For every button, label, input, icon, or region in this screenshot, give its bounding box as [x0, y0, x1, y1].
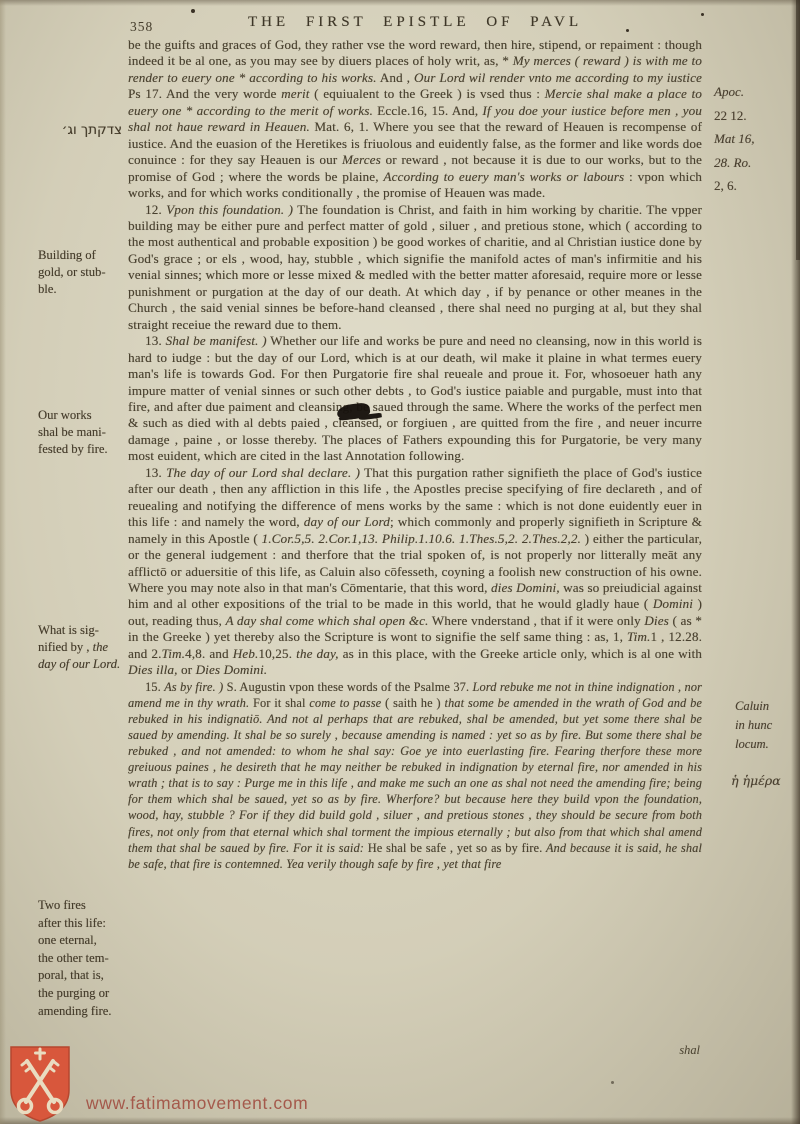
crossed-keys-shield-icon	[8, 1044, 72, 1124]
margin-note-line: after this life:	[38, 915, 132, 933]
paragraph: 15. As by fire. ) S. Augustin vpon these…	[128, 679, 702, 872]
margin-note-line: 22 12.	[714, 104, 796, 128]
margin-note-line: one eternal,	[38, 932, 132, 950]
margin-note-line: shal be mani-	[38, 424, 132, 441]
margin-note-line: nified by , the	[38, 639, 132, 656]
margin-note-line: What is sig-	[38, 622, 132, 639]
margin-note-line: ble.	[38, 281, 132, 298]
margin-note-line: the purging or	[38, 985, 132, 1003]
scan-speck	[626, 29, 629, 32]
margin-note-hebrew: צדקתך וג׳	[24, 122, 122, 139]
margin-note-line: Mat 16,	[714, 127, 796, 151]
text-block: be the guifts and graces of God, they ra…	[128, 37, 702, 872]
margin-note-line: Our works	[38, 407, 132, 424]
margin-note-our-works: Our worksshal be mani-fested by fire.	[38, 407, 132, 458]
paragraph: 13. The day of our Lord shal declare. ) …	[128, 465, 702, 679]
margin-note-line: Building of	[38, 247, 132, 264]
margin-note-line: Caluin	[735, 697, 797, 716]
margin-note-calvin: Caluinin hunclocum.	[735, 697, 797, 754]
margin-note-line: 2, 6.	[714, 174, 796, 198]
scan-speck	[611, 1081, 614, 1084]
scanned-book-page: 358 THE FIRST EPISTLE OF PAVL be the gui…	[0, 0, 800, 1124]
margin-note-line: day of our Lord.	[38, 656, 132, 673]
running-header: 358 THE FIRST EPISTLE OF PAVL	[128, 14, 702, 38]
paragraph: 12. Vpon this foundation. ) The foundati…	[128, 202, 702, 334]
paragraph: 13. Shal be manifest. ) Whether our life…	[128, 333, 702, 465]
page-number: 358	[130, 19, 153, 35]
scan-edge-left	[0, 0, 6, 1124]
margin-note-line: fested by fire.	[38, 441, 132, 458]
margin-note-line: in hunc	[735, 716, 797, 735]
margin-note-line: gold, or stub-	[38, 264, 132, 281]
margin-note-line: amending fire.	[38, 1003, 132, 1021]
scan-edge-top	[0, 0, 800, 6]
margin-note-two-fires: Two firesafter this life:one eternal,the…	[38, 897, 132, 1020]
catchword: shal	[520, 1043, 700, 1058]
margin-note-line: the other tem-	[38, 950, 132, 968]
margin-note-line: locum.	[735, 735, 797, 754]
margin-note-building: Building ofgold, or stub-ble.	[38, 247, 132, 298]
paragraph: be the guifts and graces of God, they ra…	[128, 37, 702, 202]
scan-speck	[191, 9, 195, 13]
scan-speck	[701, 13, 704, 16]
margin-note-line: ἡ ἡμέρα	[731, 773, 797, 788]
margin-note-line: 28. Ro.	[714, 151, 796, 175]
margin-note-line: Apoc.	[714, 80, 796, 104]
margin-note-greek: ἡ ἡμέρα	[731, 773, 797, 788]
page-title: THE FIRST EPISTLE OF PAVL	[128, 14, 702, 31]
watermark: www.fatimamovement.com	[8, 1044, 308, 1124]
watermark-url: www.fatimamovement.com	[86, 1093, 308, 1114]
margin-note-line: poral, that is,	[38, 967, 132, 985]
margin-note-day-of-lord: What is sig-nified by , theday of our Lo…	[38, 622, 132, 673]
scan-edge-right-dark	[796, 0, 800, 260]
margin-note-line: Two fires	[38, 897, 132, 915]
margin-note-line: צדקתך וג׳	[24, 122, 122, 139]
margin-note-scripture-refs: Apoc.22 12.Mat 16,28. Ro.2, 6.	[714, 80, 796, 198]
